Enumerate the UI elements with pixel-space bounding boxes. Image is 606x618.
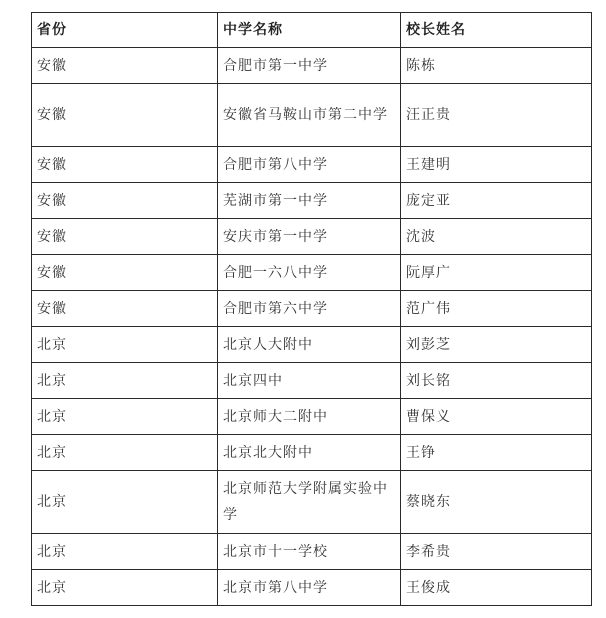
province-cell: 安徽 (32, 291, 218, 327)
table-row: 安徽 安徽省马鞍山市第二中学 汪正贵 (32, 84, 592, 147)
school-cell: 合肥市第六中学 (218, 291, 401, 327)
table-row: 安徽 合肥市第六中学 范广伟 (32, 291, 592, 327)
principal-cell: 李希贵 (401, 534, 592, 570)
school-cell: 北京市第八中学 (218, 570, 401, 606)
province-cell: 安徽 (32, 183, 218, 219)
header-principal-name: 校长姓名 (401, 13, 592, 48)
province-cell: 北京 (32, 570, 218, 606)
principal-cell: 庞定亚 (401, 183, 592, 219)
school-cell: 北京师范大学附属实验中学 (218, 471, 401, 534)
school-cell: 合肥一六八中学 (218, 255, 401, 291)
table-row: 北京 北京人大附中 刘彭芝 (32, 327, 592, 363)
principal-cell: 沈波 (401, 219, 592, 255)
table-row: 北京 北京师大二附中 曹保义 (32, 399, 592, 435)
table-row: 安徽 合肥一六八中学 阮厚广 (32, 255, 592, 291)
table-row: 安徽 芜湖市第一中学 庞定亚 (32, 183, 592, 219)
school-cell: 合肥市第八中学 (218, 147, 401, 183)
header-school-name: 中学名称 (218, 13, 401, 48)
principal-cell: 刘彭芝 (401, 327, 592, 363)
province-cell: 安徽 (32, 48, 218, 84)
principal-cell: 曹保义 (401, 399, 592, 435)
school-cell: 安庆市第一中学 (218, 219, 401, 255)
table-row: 安徽 合肥市第一中学 陈栋 (32, 48, 592, 84)
school-cell: 北京四中 (218, 363, 401, 399)
school-cell-text: 北京师范大学附属实验中学 (223, 472, 395, 532)
table-row: 北京 北京北大附中 王铮 (32, 435, 592, 471)
principal-cell: 汪正贵 (401, 84, 592, 147)
principal-cell: 蔡晓东 (401, 471, 592, 534)
school-cell: 安徽省马鞍山市第二中学 (218, 84, 401, 147)
school-cell: 芜湖市第一中学 (218, 183, 401, 219)
province-cell: 北京 (32, 435, 218, 471)
principal-cell: 王俊成 (401, 570, 592, 606)
province-cell: 北京 (32, 363, 218, 399)
principals-table: 省份 中学名称 校长姓名 安徽 合肥市第一中学 陈栋 安徽 安徽省马鞍山市第二中… (31, 12, 592, 606)
province-cell: 北京 (32, 327, 218, 363)
school-cell: 北京人大附中 (218, 327, 401, 363)
school-cell: 北京师大二附中 (218, 399, 401, 435)
table-row: 安徽 合肥市第八中学 王建明 (32, 147, 592, 183)
table-header-row: 省份 中学名称 校长姓名 (32, 13, 592, 48)
province-cell: 安徽 (32, 147, 218, 183)
province-cell: 安徽 (32, 219, 218, 255)
table-row: 北京 北京师范大学附属实验中学 蔡晓东 (32, 471, 592, 534)
principal-cell: 刘长铭 (401, 363, 592, 399)
province-cell: 北京 (32, 471, 218, 534)
table-row: 北京 北京市十一学校 李希贵 (32, 534, 592, 570)
province-cell: 安徽 (32, 84, 218, 147)
principal-cell: 王建明 (401, 147, 592, 183)
table-row: 北京 北京四中 刘长铭 (32, 363, 592, 399)
table-row: 北京 北京市第八中学 王俊成 (32, 570, 592, 606)
province-cell: 北京 (32, 399, 218, 435)
table-row: 安徽 安庆市第一中学 沈波 (32, 219, 592, 255)
header-province: 省份 (32, 13, 218, 48)
school-cell: 北京市十一学校 (218, 534, 401, 570)
principal-cell: 阮厚广 (401, 255, 592, 291)
principal-cell: 王铮 (401, 435, 592, 471)
school-cell: 合肥市第一中学 (218, 48, 401, 84)
province-cell: 安徽 (32, 255, 218, 291)
province-cell: 北京 (32, 534, 218, 570)
school-cell: 北京北大附中 (218, 435, 401, 471)
school-cell-text: 安徽省马鞍山市第二中学 (223, 98, 395, 132)
principal-cell: 陈栋 (401, 48, 592, 84)
principal-cell: 范广伟 (401, 291, 592, 327)
